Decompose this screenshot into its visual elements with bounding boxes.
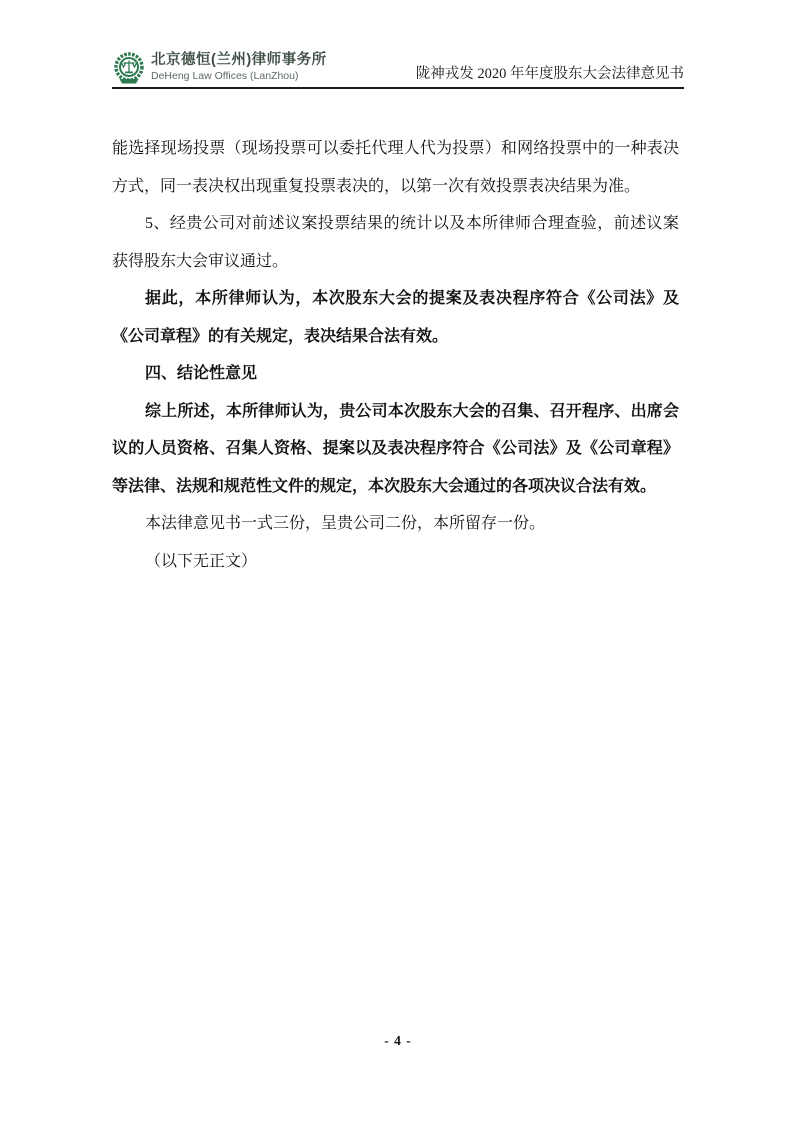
document-body: 能选择现场投票（现场投票可以委托代理人代为投票）和网络投票中的一种表决方式，同一…: [112, 130, 679, 580]
paragraph-opinion: 据此，本所律师认为，本次股东大会的提案及表决程序符合《公司法》及《公司章程》的有…: [112, 280, 679, 355]
section-heading-conclusion: 四、结论性意见: [112, 355, 679, 393]
page-number: - 4 -: [112, 1033, 684, 1049]
paragraph-conclusion: 综上所述，本所律师认为，贵公司本次股东大会的召集、召开程序、出席会议的人员资格、…: [112, 393, 679, 506]
firm-name-en: DeHeng Law Offices (LanZhou): [151, 70, 327, 83]
paragraph-no-more-text: （以下无正文）: [112, 543, 679, 581]
law-firm-logo: [114, 52, 144, 85]
firm-name-cn: 北京德恒(兰州)律师事务所: [151, 52, 327, 69]
firm-name-block: 北京德恒(兰州)律师事务所 DeHeng Law Offices (LanZho…: [151, 52, 327, 83]
paragraph-item-5: 5、经贵公司对前述议案投票结果的统计以及本所律师合理查验，前述议案获得股东大会审…: [112, 205, 679, 280]
deheng-emblem-icon: [114, 52, 144, 85]
document-page: 北京德恒(兰州)律师事务所 DeHeng Law Offices (LanZho…: [0, 0, 793, 1122]
document-title: 陇神戎发 2020 年年度股东大会法律意见书: [416, 62, 684, 83]
paragraph-continuation: 能选择现场投票（现场投票可以委托代理人代为投票）和网络投票中的一种表决方式，同一…: [112, 130, 679, 205]
paragraph-copies: 本法律意见书一式三份，呈贵公司二份，本所留存一份。: [112, 505, 679, 543]
page-header: 北京德恒(兰州)律师事务所 DeHeng Law Offices (LanZho…: [112, 51, 684, 89]
